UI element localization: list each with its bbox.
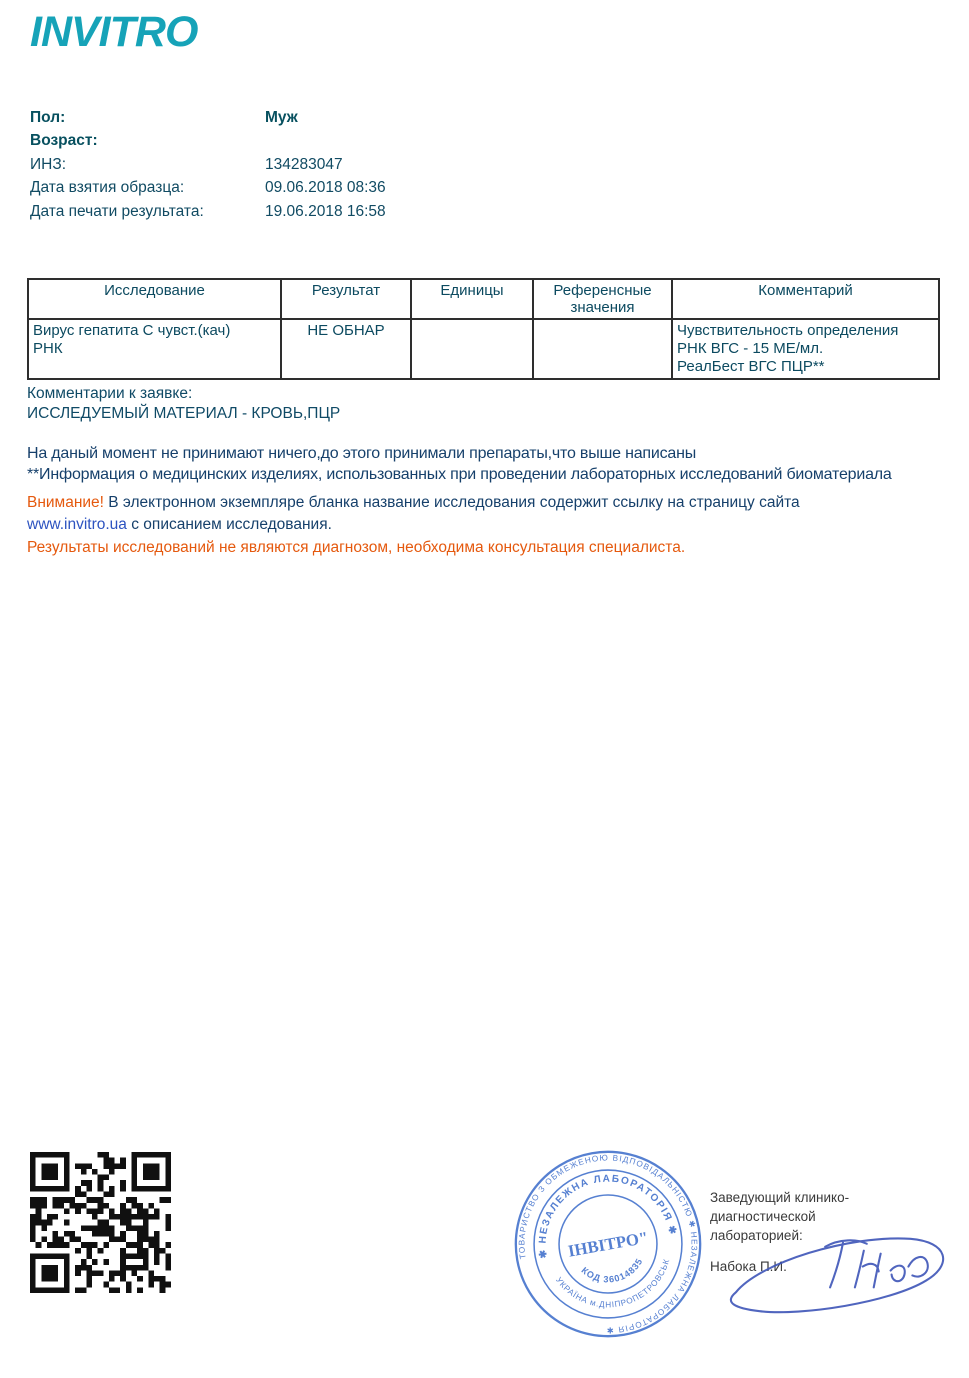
cell-study: Вирус гепатита C чувст.(кач) РНК bbox=[28, 319, 281, 379]
info-row-sex: Пол: Муж bbox=[30, 106, 386, 129]
handwritten-signature bbox=[722, 1208, 960, 1338]
order-note-1: На даный момент не принимают ничего,до э… bbox=[27, 443, 892, 464]
info-row-age: Возраст: bbox=[30, 129, 386, 152]
cell-comment: Чувствительность определения РНК ВГС - 1… bbox=[672, 319, 939, 379]
col-header-comment: Комментарий bbox=[672, 279, 939, 319]
cell-units bbox=[411, 319, 533, 379]
order-notes: На даный момент не принимают ничего,до э… bbox=[27, 443, 892, 485]
invitro-site-link[interactable]: www.invitro.ua bbox=[27, 516, 127, 533]
cell-reference bbox=[533, 319, 672, 379]
disclaimer-text: Результаты исследований не являются диаг… bbox=[27, 539, 685, 557]
field-label: Пол: bbox=[30, 106, 265, 129]
request-comments-title: Комментарии к заявке: bbox=[27, 384, 340, 404]
info-row-sample-date: Дата взятия образца: 09.06.2018 08:36 bbox=[30, 176, 386, 199]
attention-notice: Внимание! В электронном экземпляре бланк… bbox=[27, 492, 800, 535]
field-value: Муж bbox=[265, 106, 298, 129]
field-value: 19.06.2018 16:58 bbox=[265, 200, 386, 223]
cell-result: НЕ ОБНАР bbox=[281, 319, 411, 379]
field-label: Дата взятия образца: bbox=[30, 176, 265, 199]
svg-text:КОД 36014835: КОД 36014835 bbox=[578, 1255, 647, 1290]
info-row-inz: ИНЗ: 134283047 bbox=[30, 153, 386, 176]
request-comments-material: ИССЛЕДУЕМЫЙ МАТЕРИАЛ - КРОВЬ,ПЦР bbox=[27, 404, 340, 424]
results-header-row: Исследование Результат Единицы Референсн… bbox=[28, 279, 939, 319]
results-table: Исследование Результат Единицы Референсн… bbox=[27, 278, 940, 380]
col-header-study: Исследование bbox=[28, 279, 281, 319]
field-value: 134283047 bbox=[265, 153, 343, 176]
field-label: ИНЗ: bbox=[30, 153, 265, 176]
lab-report-page: INVITRO Пол: Муж Возраст: ИНЗ: 134283047… bbox=[0, 0, 969, 1378]
attention-text: В электронном экземпляре бланка название… bbox=[104, 494, 800, 511]
stamp-code-text: КОД 36014835 bbox=[578, 1255, 647, 1290]
field-value: 09.06.2018 08:36 bbox=[265, 176, 386, 199]
request-comments: Комментарии к заявке: ИССЛЕДУЕМЫЙ МАТЕРИ… bbox=[27, 384, 340, 423]
stamp-center-text: ІНВІТРО" bbox=[566, 1228, 649, 1261]
col-header-result: Результат bbox=[281, 279, 411, 319]
qr-code bbox=[30, 1152, 171, 1293]
field-label: Дата печати результата: bbox=[30, 200, 265, 223]
order-note-2: **Информация о медицинских изделиях, исп… bbox=[27, 464, 892, 485]
invitro-logo: INVITRO bbox=[30, 8, 197, 57]
info-row-print-date: Дата печати результата: 19.06.2018 16:58 bbox=[30, 200, 386, 223]
col-header-units: Единицы bbox=[411, 279, 533, 319]
attention-label: Внимание! bbox=[27, 494, 104, 511]
attention-text-suffix: с описанием исследования. bbox=[127, 516, 332, 533]
laboratory-stamp: ТОВАРИСТВО З ОБМЕЖЕНОЮ ВІДПОВІДАЛЬНІСТЮ … bbox=[512, 1148, 704, 1340]
table-row: Вирус гепатита C чувст.(кач) РНК НЕ ОБНА… bbox=[28, 319, 939, 379]
col-header-reference: Референсные значения bbox=[533, 279, 672, 319]
patient-info: Пол: Муж Возраст: ИНЗ: 134283047 Дата вз… bbox=[30, 106, 386, 223]
field-label: Возраст: bbox=[30, 129, 265, 152]
